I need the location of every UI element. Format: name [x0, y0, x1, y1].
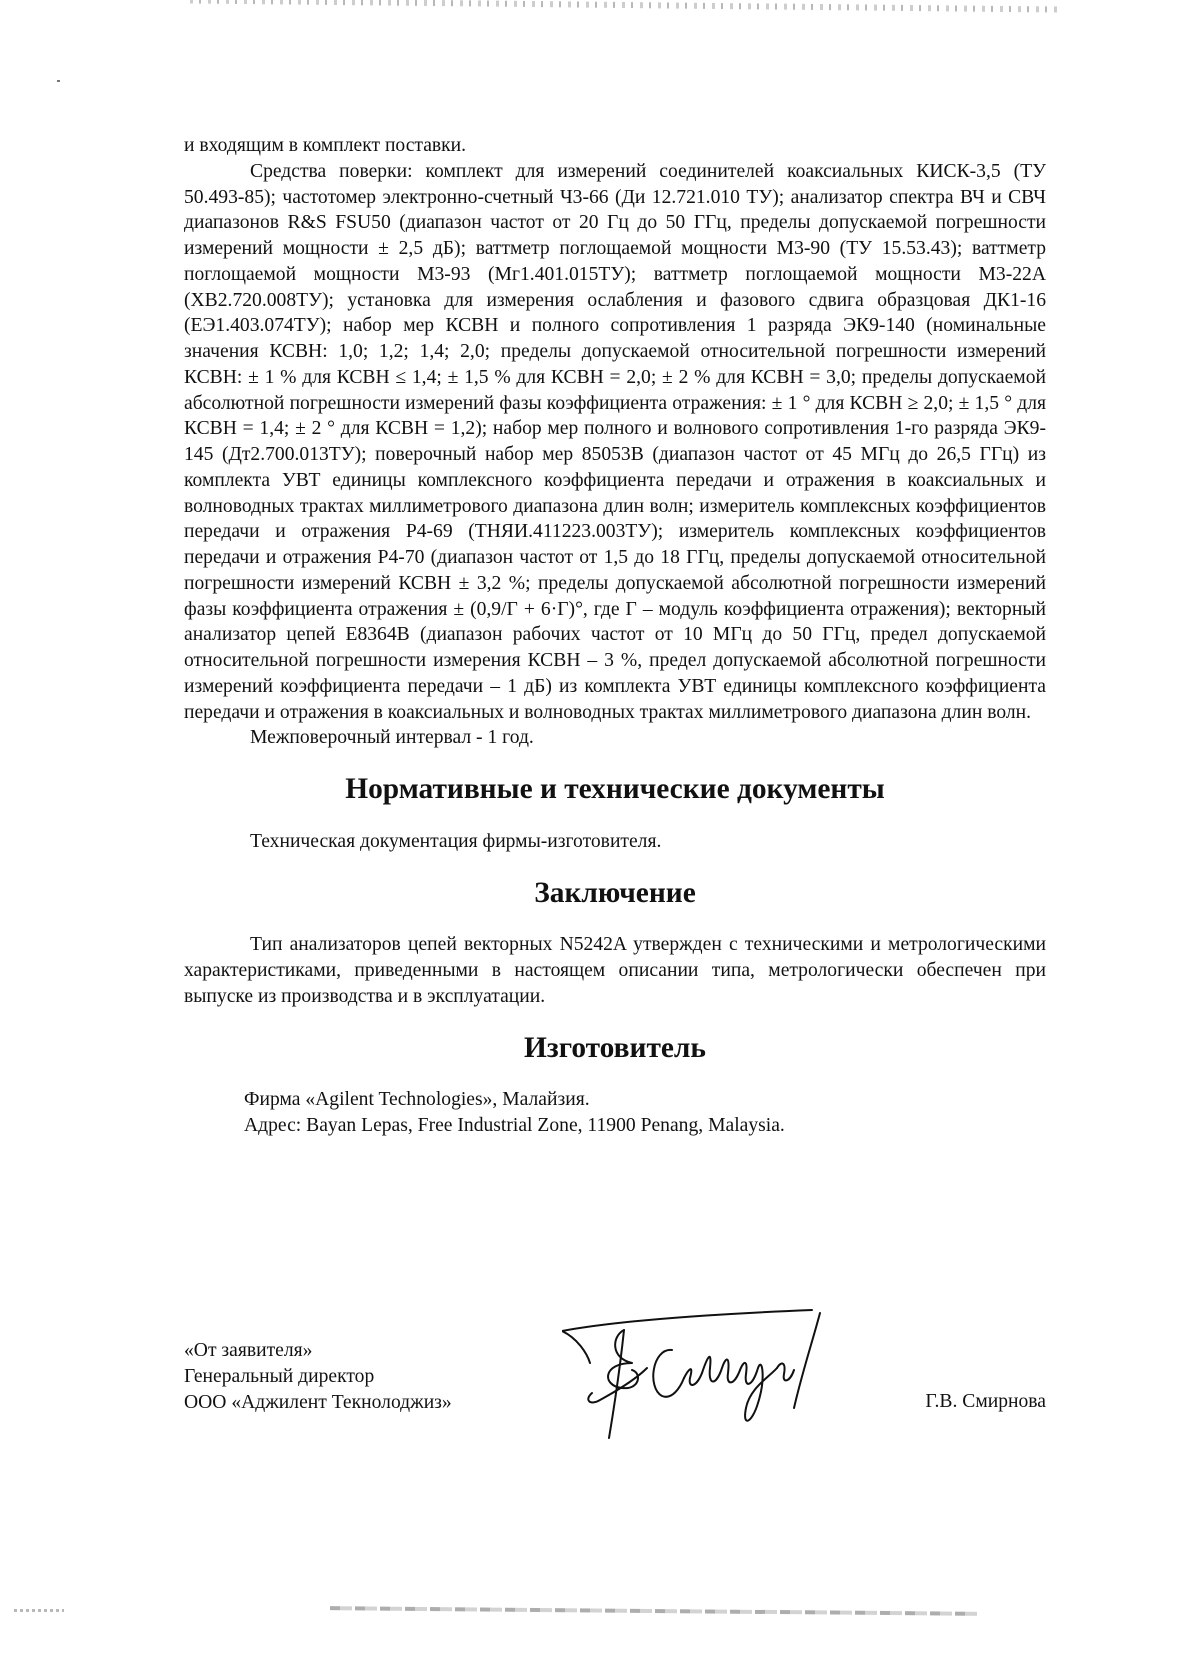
- manufacturer-heading: Изготовитель: [184, 1036, 1046, 1062]
- verification-means-paragraph: Средства поверки: комплект для измерений…: [184, 159, 1046, 726]
- manufacturer-address: Адрес: Bayan Lepas, Free Industrial Zone…: [244, 1113, 1046, 1139]
- signer-title-block: «От заявителя» Генеральный директор ООО …: [184, 1338, 452, 1415]
- signer-line-position: Генеральный директор: [184, 1364, 452, 1390]
- manufacturer-block: Фирма «Agilent Technologies», Малайзия. …: [184, 1087, 1046, 1139]
- manufacturer-company: Фирма «Agilent Technologies», Малайзия.: [244, 1087, 1046, 1113]
- document-page: и входящим в комплект поставки. Средства…: [184, 133, 1046, 1139]
- scan-speck: [57, 80, 60, 82]
- signature-block: «От заявителя» Генеральный директор ООО …: [184, 1338, 1046, 1458]
- conclusion-text: Тип анализаторов цепей векторных N5242A …: [184, 932, 1046, 1009]
- handwritten-signature-icon: [562, 1308, 822, 1448]
- signer-line-company: ООО «Аджилент Текнолоджиз»: [184, 1390, 452, 1416]
- continuation-line: и входящим в комплект поставки.: [184, 133, 1046, 159]
- conclusion-heading: Заключение: [184, 881, 1046, 907]
- scan-artifact-bottom-left: [14, 1609, 64, 1612]
- calibration-interval: Межповерочный интервал - 1 год.: [184, 725, 1046, 751]
- normative-docs-heading: Нормативные и технические документы: [184, 777, 1046, 803]
- normative-docs-text: Техническая документация фирмы-изготовит…: [184, 829, 1046, 855]
- signer-line-applicant: «От заявителя»: [184, 1338, 452, 1364]
- signer-name: Г.В. Смирнова: [925, 1389, 1046, 1415]
- scan-artifact-top: [190, 0, 1060, 13]
- scan-artifact-bottom: [330, 1606, 980, 1616]
